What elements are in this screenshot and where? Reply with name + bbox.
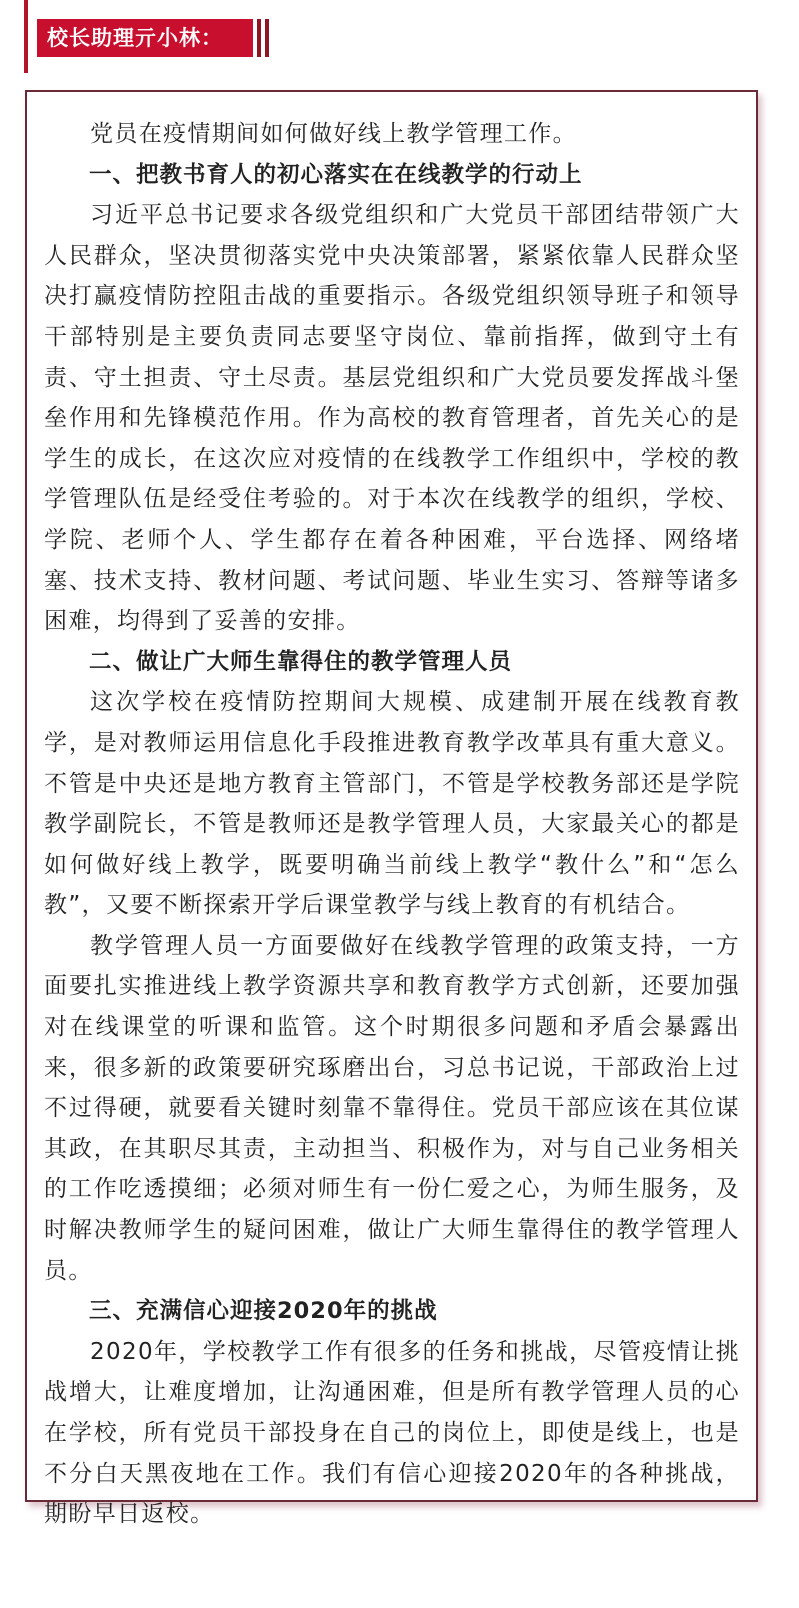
section-2-paragraph-1: 这次学校在疫情防控期间大规模、成建制开展在线教育教学，是对教师运用信息化手段推进…: [44, 682, 740, 926]
section-1-paragraph-1: 习近平总书记要求各级党组织和广大党员干部团结带领广大人民群众，坚决贯彻落实党中央…: [44, 195, 740, 642]
section-heading-2: 二、做让广大师生靠得住的教学管理人员: [44, 642, 740, 683]
section-heading-3: 三、充满信心迎接2020年的挑战: [44, 1291, 740, 1332]
section-3-paragraph-1: 2020年，学校教学工作有很多的任务和挑战，尽管疫情让挑战增大，让难度增加，让沟…: [44, 1332, 740, 1535]
speaker-label: 校长助理亓小林：: [37, 19, 253, 57]
article-intro: 党员在疫情期间如何做好线上教学管理工作。: [44, 114, 740, 155]
section-2-paragraph-2: 教学管理人员一方面要做好在线教学管理的政策支持，一方面要扎实推进线上教学资源共享…: [44, 926, 740, 1291]
article-box: 党员在疫情期间如何做好线上教学管理工作。 一、把教书育人的初心落实在在线教学的行…: [25, 90, 758, 1502]
decorative-left-bar: [24, 0, 28, 73]
section-heading-1: 一、把教书育人的初心落实在在线教学的行动上: [44, 155, 740, 196]
decorative-stripe: [265, 19, 269, 57]
decorative-stripe: [257, 19, 261, 57]
